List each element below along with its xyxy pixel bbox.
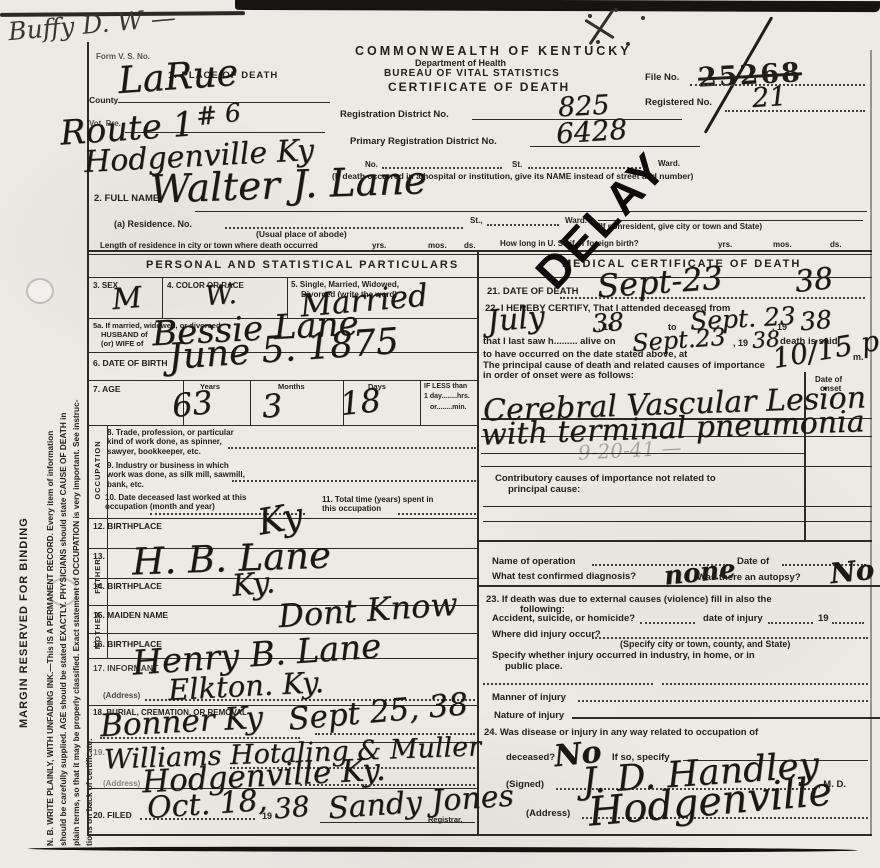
scan-bottom-streak xyxy=(28,846,858,853)
filed-year-value: 38 xyxy=(273,793,311,824)
last-worked-label: 10. Date deceased last worked at this oc… xyxy=(105,493,265,512)
rule xyxy=(478,540,872,542)
rule xyxy=(832,622,864,624)
mos2-label: mos. xyxy=(773,240,792,249)
prim-district-label: Primary Registration District No. xyxy=(350,136,497,147)
rule xyxy=(195,211,867,212)
c19c-label: , 19 xyxy=(733,338,748,349)
pencil-annotation: Buffy D. W — xyxy=(7,5,176,45)
or-min-label: or........min. xyxy=(430,404,467,412)
dob-label: 6. DATE OF BIRTH xyxy=(93,358,167,368)
residence-st-label: St., xyxy=(470,216,482,225)
abode-note: (Usual place of abode) xyxy=(256,229,347,239)
rule xyxy=(487,224,559,226)
filed-19-label: 19 xyxy=(262,811,272,822)
father-birthplace-value: Ky. xyxy=(231,568,276,602)
rule xyxy=(481,466,804,467)
registered-no-label: Registered No. xyxy=(645,97,712,108)
filed-date-value: Oct. 18, xyxy=(146,786,268,824)
autopsy-value: No xyxy=(829,556,876,588)
rule xyxy=(478,585,880,587)
faint-pencil-scribble: 9-20-41 — xyxy=(578,437,682,462)
operation-label: Name of operation xyxy=(492,556,575,567)
residence-label: (a) Residence. No. xyxy=(114,219,192,230)
row-line xyxy=(87,425,478,426)
autopsy-label: Was there an autopsy? xyxy=(697,572,801,583)
yrs2-label: yrs. xyxy=(718,240,732,249)
one-day-label: 1 day........hrs. xyxy=(424,393,470,401)
death-certificate-scan: MARGIN RESERVED FOR BINDING N. B. WRITE … xyxy=(0,0,880,868)
time-of-death-value: 10/15 p xyxy=(770,327,880,373)
row-line xyxy=(87,277,872,278)
personal-section-header: PERSONAL AND STATISTICAL PARTICULARS xyxy=(146,259,459,272)
attended-from-value: July xyxy=(486,303,546,338)
nature-injury-label: Nature of injury xyxy=(494,710,564,721)
divider xyxy=(87,254,872,255)
margin-binding-note: MARGIN RESERVED FOR BINDING xyxy=(18,383,31,728)
reg-district-label: Registration District No. xyxy=(340,109,449,120)
contributory-text1: Contributory causes of importance not re… xyxy=(495,473,716,484)
ds2-label: ds. xyxy=(830,240,842,249)
rule xyxy=(578,700,868,702)
q24-text: 24. Was disease or injury in any way rel… xyxy=(484,727,758,738)
age-days-value: 18 xyxy=(338,384,382,420)
total-time-label: 11. Total time (years) spent in this occ… xyxy=(322,495,437,514)
m-label: m. xyxy=(853,352,864,363)
st-label: St. xyxy=(512,160,522,169)
occurred-text: to have occurred on the date stated abov… xyxy=(483,349,687,360)
maiden-name-value: Dont Know xyxy=(277,588,459,632)
county-value: LaRue xyxy=(117,54,240,99)
specify-injury-text2: public place. xyxy=(505,661,563,672)
color-race-value: W. xyxy=(204,281,237,310)
cell-line xyxy=(250,380,251,425)
rule xyxy=(768,622,813,624)
rule xyxy=(228,447,476,449)
burial-place-value: Bonner Ky xyxy=(99,703,263,742)
mos-label: mos. xyxy=(428,241,447,250)
vot-pre-value: # 6 xyxy=(195,100,242,130)
specify-injury-text1: Specify whether injury occurred in indus… xyxy=(492,650,755,661)
doc-cert-title: CERTIFICATE OF DEATH xyxy=(388,80,570,94)
date-injury-label: date of injury xyxy=(703,613,763,624)
form-bottom-border xyxy=(87,834,872,836)
full-name-value: Walter J. Lane xyxy=(149,161,427,210)
date-of-death-year: 38 xyxy=(794,264,835,298)
undertaker-address-label: (Address) xyxy=(103,779,140,788)
operation-date-label: Date of xyxy=(737,556,769,567)
scan-top-band xyxy=(235,0,880,12)
principal-cause-text2: in order of onset were as follows: xyxy=(483,370,634,381)
rule xyxy=(483,521,872,522)
industry-label: 9. Industry or business in which work wa… xyxy=(107,461,249,489)
signed-label: (Signed) xyxy=(506,779,544,790)
from-year-value: 38 xyxy=(591,309,624,336)
manner-injury-label: Manner of injury xyxy=(492,692,566,703)
father-name-label: 13. xyxy=(93,551,105,561)
registrar-label: Registrar. xyxy=(428,816,463,825)
contributory-text2: principal cause: xyxy=(508,484,580,495)
informant-address-value: Elkton. Ky. xyxy=(167,668,324,705)
physician-address-label: (Address) xyxy=(526,808,570,819)
cell-line xyxy=(420,380,421,425)
rule xyxy=(483,683,653,685)
date-of-death-value: Sept-23 xyxy=(596,262,724,303)
age-label: 7. AGE xyxy=(93,384,121,394)
to-year-value: 38 xyxy=(799,307,833,335)
spouse-label3: (or) WIFE of xyxy=(101,340,144,349)
age-years-value: 63 xyxy=(170,386,214,422)
doc-bureau: BUREAU OF VITAL STATISTICS xyxy=(384,68,560,80)
deceased-q-label: deceased? xyxy=(506,752,555,763)
rule xyxy=(640,622,695,624)
father-birthplace-label: 14. BIRTHPLACE xyxy=(93,581,162,591)
doc-title: COMMONWEALTH OF KENTUCKY xyxy=(355,44,632,59)
file-no-value: 25268 xyxy=(697,57,802,93)
ds-label: ds. xyxy=(464,241,476,250)
rule xyxy=(806,466,872,467)
yrs-label: yrs. xyxy=(372,241,386,250)
occupation-side-label: OCCUPATION xyxy=(94,426,103,514)
file-no-label: File No. xyxy=(645,72,679,83)
injury-19-label: 19 xyxy=(818,613,829,624)
sex-value: M xyxy=(111,283,143,314)
if-less-label: IF LESS than xyxy=(424,383,467,391)
accident-label: Accident, suicide, or homicide? xyxy=(492,613,635,624)
rule xyxy=(232,480,476,482)
specify-city-note: (Specify city or town, county, and State… xyxy=(620,639,790,650)
side-strip-line xyxy=(107,425,108,658)
trade-label: 8. Trade, profession, or particular kind… xyxy=(107,428,249,456)
rule xyxy=(398,513,476,515)
age-months-value: 3 xyxy=(261,389,284,422)
rule xyxy=(662,683,868,685)
registered-no-value: 21 xyxy=(751,83,787,112)
length-residence-label: Length of residence in city or town wher… xyxy=(100,241,318,250)
rule xyxy=(572,717,880,719)
age-months-header: Months xyxy=(278,383,305,392)
where-injury-label: Where did injury occur? xyxy=(492,629,601,640)
filed-label: 20. FILED xyxy=(93,810,132,820)
county-label: County xyxy=(89,95,118,105)
margin-note-line: should be carefully supplied. AGE should… xyxy=(57,46,70,846)
prim-district-value: 6428 xyxy=(555,116,628,149)
last-saw-text: that I last saw h......... alive on xyxy=(483,336,616,347)
informant-address-label: (Address) xyxy=(103,691,140,700)
maiden-name-label: 15. MAIDEN NAME xyxy=(93,610,168,620)
margin-note-line: N. B. WRITE PLAINLY, WITH UNFADING INK.—… xyxy=(44,46,57,846)
cell-line xyxy=(162,277,163,318)
margin-note-line: plain terms, so that it may be properly … xyxy=(70,46,83,846)
birthplace-label: 12. BIRTHPLACE xyxy=(93,521,162,531)
rule xyxy=(483,506,872,507)
test-label: What test confirmed diagnosis? xyxy=(492,571,636,582)
rule xyxy=(725,110,865,112)
